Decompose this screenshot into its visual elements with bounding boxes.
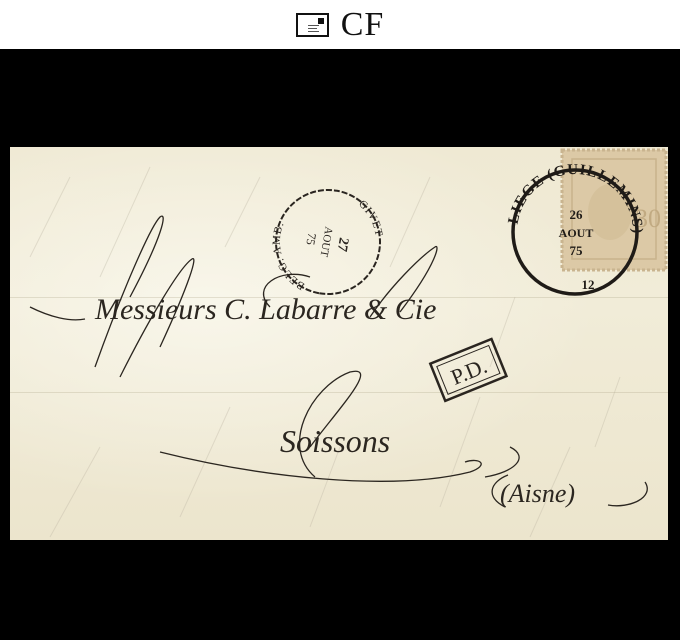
svg-text:AOUT: AOUT (317, 226, 334, 258)
address-block: Messieurs C. Labarre & Cie Soissons (Ais… (94, 293, 575, 508)
svg-text:GIVET: GIVET (351, 197, 390, 240)
cover-artwork: 30 LIEGE (GUILLEMINS) 26 AOUT 75 12 BELG… (10, 147, 668, 540)
svg-text:27: 27 (334, 236, 351, 252)
svg-text:75: 75 (303, 232, 319, 246)
postal-cover-image: 30 LIEGE (GUILLEMINS) 26 AOUT 75 12 BELG… (10, 147, 668, 540)
address-line-3: (Aisne) (500, 479, 575, 508)
handwriting-flourishes (30, 216, 647, 507)
svg-text:AOUT: AOUT (559, 226, 594, 240)
site-header: CF (0, 0, 680, 49)
pd-boxed-mark: P.D. (430, 339, 506, 401)
postage-envelope-icon (296, 13, 329, 37)
address-line-1: Messieurs C. Labarre & Cie (94, 293, 436, 326)
svg-text:12: 12 (582, 277, 595, 292)
postmark-givet: BELG. AMB. GIVET 27 AOUT 75 (262, 181, 391, 305)
brand-logo-text: CF (341, 8, 385, 42)
svg-text:26: 26 (570, 207, 584, 222)
svg-text:75: 75 (570, 243, 584, 258)
address-line-2: Soissons (280, 423, 390, 459)
